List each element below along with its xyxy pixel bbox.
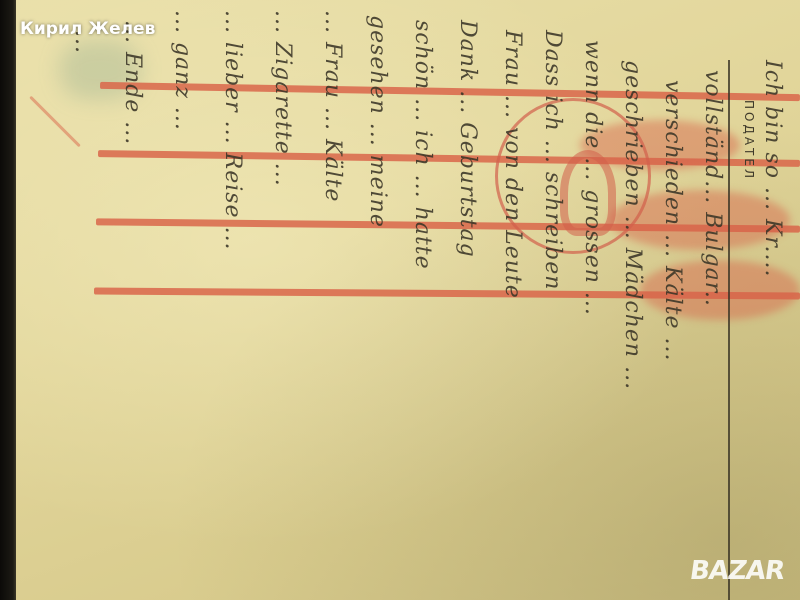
handwriting-line: gesehen ... meine xyxy=(365,15,390,228)
handwriting-line: verschieden ... Kälte ... xyxy=(660,80,685,361)
seller-watermark: Кирил Желев xyxy=(20,19,155,39)
bazar-logo-watermark: BAZAR xyxy=(688,556,786,586)
handwriting-line: ... Frau ... Kälte xyxy=(320,10,345,202)
handwriting-line: wenn die ... grossen ... xyxy=(580,40,605,316)
handwriting-line: Frau ... von den Leute xyxy=(500,30,525,299)
handwriting-line: ... Zigarette ... xyxy=(270,10,295,187)
sender-label: ПОДАТЕЛ xyxy=(742,100,756,181)
postcard-photo: ПОДАТЕЛ Ich bin so ... Kr.... vollständ.… xyxy=(0,0,800,600)
handwriting-line: Dass ich ... schreiben xyxy=(540,30,565,290)
handwriting-line: schön ... ich ... hatte xyxy=(410,20,435,270)
handwriting-line: Ich bin so ... Kr.... xyxy=(760,60,785,277)
handwriting-line: ... ganz ... xyxy=(170,10,195,131)
handwriting-line: geschrieben ... Mädchen ... xyxy=(620,60,645,390)
handwriting-line: ... lieber ... Reise ... xyxy=(220,10,245,251)
handwriting-line: Dank ... Geburtstag xyxy=(455,20,480,258)
printed-divider-line xyxy=(728,60,730,600)
photo-dark-edge xyxy=(0,0,16,600)
handwriting-line: vollständ... Bulgar.. xyxy=(700,70,725,307)
